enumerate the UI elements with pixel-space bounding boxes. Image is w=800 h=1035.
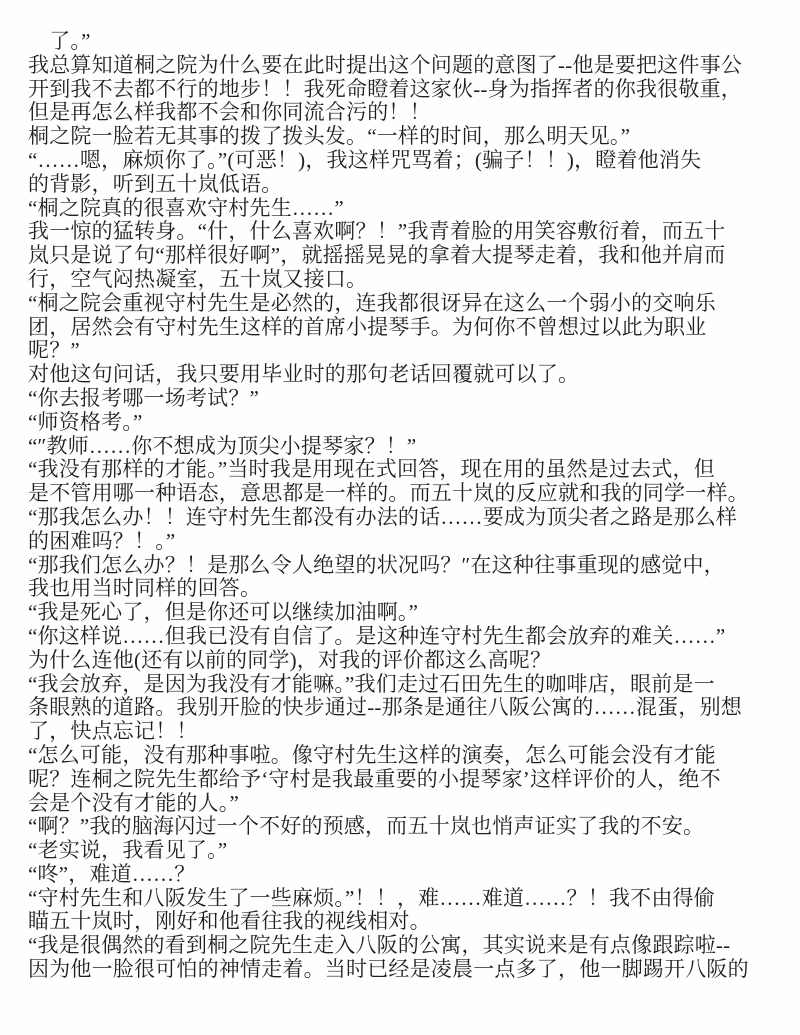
novel-text-block: 了。” 我总算知道桐之院为什么要在此时提出这个问题的意图了--他是要把这件事公 …	[28, 30, 776, 982]
document-page: 了。” 我总算知道桐之院为什么要在此时提出这个问题的意图了--他是要把这件事公 …	[0, 0, 800, 1035]
